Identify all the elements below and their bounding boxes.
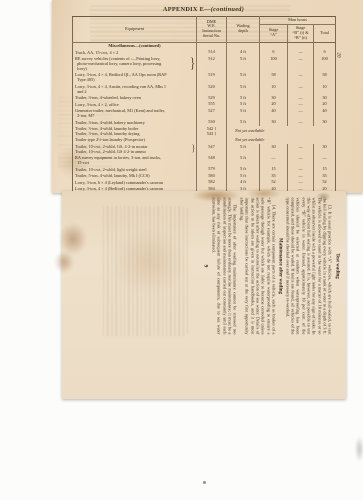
equipment-line: 15-cwt <box>75 161 195 166</box>
section-heading-row: Miscellaneous—(continued) <box>73 42 336 49</box>
cell-total: 30 <box>314 144 336 155</box>
equipment-line: Trailer type 2½-ton laundry (Prospector) <box>75 138 195 143</box>
cell-stage-a: 58 <box>260 72 288 83</box>
equipment-line: Trailer, 10-cwt, 2-whld, GS 4·2-in ammo <box>75 150 195 155</box>
col-header-total: Total <box>314 24 336 42</box>
col-header-serial: DME W.E. Instruction Serial No. <box>197 17 227 43</box>
appendix-title-main: APPENDIX E— <box>163 6 211 13</box>
cell-serial: 527 <box>197 108 227 119</box>
cell-stage-a: 30 <box>260 144 288 155</box>
cell-serial: 519 <box>197 72 227 83</box>
section-heading: Miscellaneous—(continued) <box>73 42 197 49</box>
empty-cell <box>260 42 288 49</box>
table-row: RA survey equipment in lorries, 3-ton, a… <box>73 155 336 166</box>
cell-equipment: Lorry, 3-ton, 4 × 4, Bedford QL, AA Ops … <box>73 72 197 83</box>
equipment-line: Trailer, 3-ton, 4-wheeled, bakery oven <box>75 96 195 101</box>
cell-equipment: Trailer, 3-ton, 4-whld, laundry boilerTr… <box>73 126 197 137</box>
speck-mark <box>203 481 206 484</box>
equipment-line: Trailer, 3-ton, 4-whld, laundry drying <box>75 132 195 137</box>
cell-stage-b: — <box>288 144 314 155</box>
cell-total: — <box>314 155 336 166</box>
scanned-document-photo: APPENDIX E—(continued) Equipment DME W.E… <box>0 0 363 500</box>
table-row: Generator trailer, mechanical, M1 (Kent)… <box>73 108 336 119</box>
equipment-line: Type 405) <box>75 78 195 83</box>
table-row: Trailer, 3-ton, 4-whld, laundry boilerTr… <box>73 126 336 137</box>
col-header-stage-b: Stage “B” (i) & “B” (ii) <box>288 24 314 42</box>
page-number-9: 9 <box>202 197 208 334</box>
equipment-line: Truck, AA, 15-cwt, 4 × 2 <box>75 51 195 56</box>
cell-wading-depth: 5 ft <box>227 155 260 166</box>
cell-stage-b: — <box>288 84 314 95</box>
equipment-line: Trailer, 3-ton, 4-whld, bakery machinery <box>75 121 195 126</box>
col-header-man-hours: Man hours <box>260 17 336 25</box>
table-row: Lorry, 3-ton, 4 × 4, Bedford QL, AA Ops … <box>73 72 336 83</box>
equipment-line: Trailer, 10-cwt, 2-whld, light weight st… <box>75 168 195 173</box>
cell-stage-a: 100 <box>260 56 288 72</box>
cell-wading-depth: 5 ft <box>227 56 260 72</box>
cell-wading-depth: 5 ft <box>227 84 260 95</box>
cell-equipment: RA survey equipment in lorries, 3-ton, a… <box>73 155 197 166</box>
equipment-line: Lorry, 3-ton, 4 × 2, office <box>75 103 195 108</box>
equipment-line: and 2 <box>75 90 195 95</box>
equipment-line: Trailer, 5-ton, 4-whld, laundry, Mk I (C… <box>75 174 195 179</box>
empty-cell <box>197 42 227 49</box>
cell-total: 40 <box>314 108 336 119</box>
stain-blob <box>54 251 74 273</box>
cell-serial: 542 } 543 } <box>197 126 227 137</box>
cell-equipment: Lorry, 3-ton, 4 × 4, Austin, recording v… <box>73 84 197 95</box>
cell-wading-depth: 5 ft <box>227 144 260 155</box>
table-row: Lorry, 3-ton, 4 × 4, Austin, recording v… <box>73 84 336 95</box>
appendix-title: APPENDIX E—(continued) <box>72 6 335 13</box>
cell-stage-a: 40 <box>260 108 288 119</box>
cell-wading-depth: 5 ft <box>227 72 260 83</box>
empty-cell <box>314 42 336 49</box>
cell-not-yet-available: Not yet available <box>227 126 336 137</box>
rotated-text-block: Test wading 13. It is usual practice wit… <box>193 197 341 334</box>
wading-table-header: Equipment DME W.E. Instruction Serial No… <box>73 17 336 43</box>
cell-serial: 547 <box>197 144 227 155</box>
cell-stage-b: — <box>288 56 314 72</box>
page-number-20: 20 <box>336 52 342 57</box>
col-header-wading-depth: Wading depth <box>227 17 260 43</box>
cell-serial: 548 <box>197 155 227 166</box>
empty-cell <box>288 42 314 49</box>
bleedthrough-ghost <box>100 206 188 336</box>
paragraph-14-cont: The importance of after wading maintenan… <box>211 197 238 334</box>
cell-serial: 512 <box>197 56 227 72</box>
cell-equipment: RE survey vehicles (contents of :—Printi… <box>73 56 197 72</box>
cell-total: 100 <box>314 56 336 72</box>
equipment-line: lorry) <box>75 67 195 72</box>
table-row: RE survey vehicles (contents of :—Printi… <box>73 56 336 72</box>
cell-equipment: Generator trailer, mechanical, M1 (Kent)… <box>73 108 197 119</box>
empty-cell <box>227 42 260 49</box>
cell-stage-b: — <box>288 155 314 166</box>
stain-blob <box>112 229 186 293</box>
stain-blob <box>59 223 87 255</box>
equipment-line: 2-ton, M7 <box>75 114 195 119</box>
cell-stage-a: — <box>260 155 288 166</box>
col-header-equipment: Equipment <box>73 17 197 43</box>
cell-stage-b: — <box>288 72 314 83</box>
col-header-stage-a: Stage “A” <box>260 24 288 42</box>
brace-glyph: } <box>190 57 196 72</box>
appendix-title-continued: (continued) <box>211 6 244 13</box>
paragraph-14: 14. There are certain component parts of… <box>239 197 276 334</box>
cell-wading-depth: 5 ft <box>227 108 260 119</box>
section-heading-test-wading: Test wading <box>334 197 339 334</box>
cell-equipment: Trailer, 10-cwt, 2-whld, GS, 4·2-in mort… <box>73 144 197 155</box>
rotated-text-page: Test wading 13. It is usual practice wit… <box>62 191 346 399</box>
table-row: Trailer, 10-cwt, 2-whld, GS, 4·2-in mort… <box>73 144 336 155</box>
cell-stage-b: — <box>288 108 314 119</box>
cell-total: 10 <box>314 84 336 95</box>
cell-stage-a: 10 <box>260 84 288 95</box>
appendix-table-page: APPENDIX E—(continued) Equipment DME W.E… <box>52 0 363 193</box>
cell-total: 58 <box>314 72 336 83</box>
section-heading-maintenance: Maintenance after wading <box>277 197 282 334</box>
equipment-line: Lorry, 3-ton, 6 × 4 (Leyland) commander'… <box>75 181 195 186</box>
paragraph-13: 13. It is usual practice with “A” vehicl… <box>284 197 332 334</box>
brace-glyph: } <box>192 144 196 154</box>
cell-serial: 520 <box>197 84 227 95</box>
smudge-mark <box>355 436 363 462</box>
